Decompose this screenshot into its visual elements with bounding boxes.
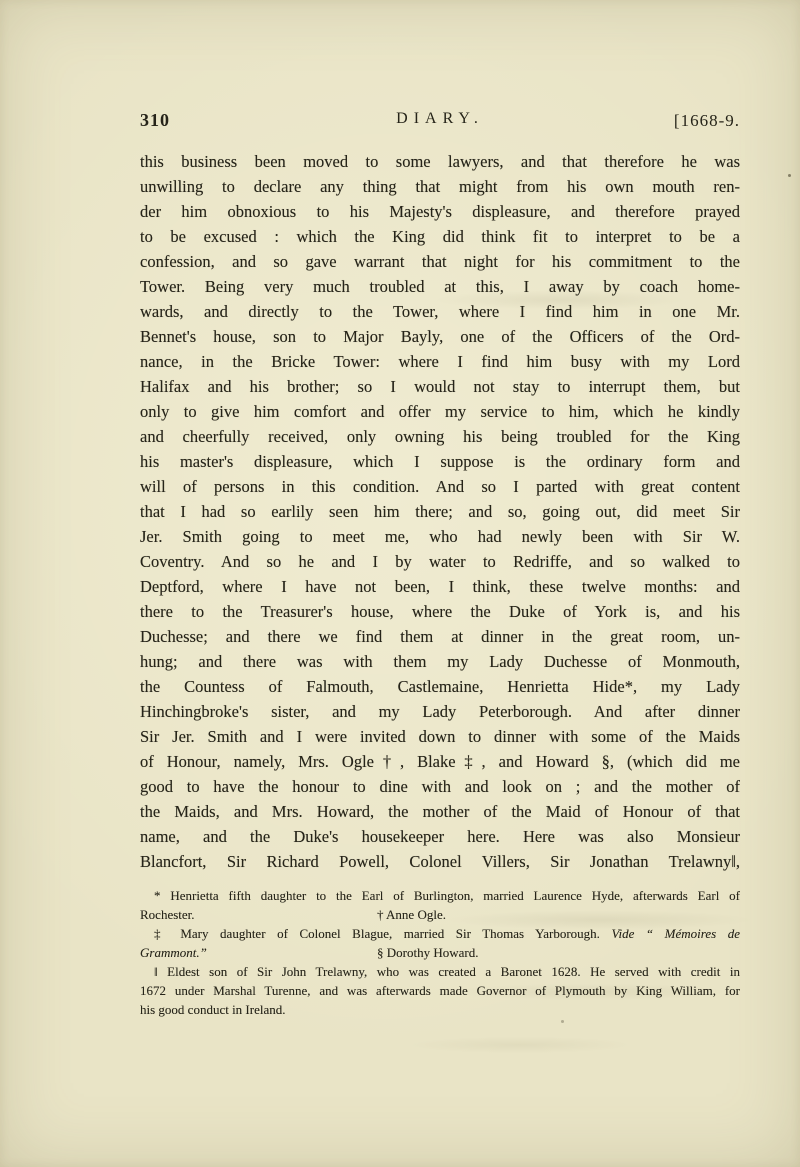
footnote-line: * Henrietta fifth daughter to the Earl o… — [140, 886, 740, 905]
running-title: DIARY. — [140, 110, 740, 128]
text-line: Coventry. And so he and I by water to Re… — [140, 549, 740, 574]
text-line: will of persons in this condition. And s… — [140, 474, 740, 499]
text-line: name, and the Duke's housekeeper here. H… — [140, 824, 740, 849]
text-line: only to give him comfort and offer my se… — [140, 399, 740, 424]
text-line: there to the Treasurer's house, where th… — [140, 599, 740, 624]
footnote-line: his good conduct in Ireland. — [140, 1000, 740, 1019]
text-line: nance, in the Bricke Tower: where I find… — [140, 349, 740, 374]
footnote-line: Grammont.”§ Dorothy Howard. — [140, 943, 740, 962]
footnote-center-text: † Anne Ogle. — [377, 905, 446, 924]
footnote-italic-text: Vide “ Mémoires de — [611, 926, 740, 941]
footnote-line: ‡ Mary daughter of Colonel Blague, marri… — [140, 924, 740, 943]
footnote-text: his good conduct in Ireland. — [140, 1002, 286, 1017]
text-line: wards, and directly to the Tower, where … — [140, 299, 740, 324]
diary-text: this business been moved to some lawyers… — [140, 149, 740, 874]
footnote-left-text: Grammont.” — [140, 945, 207, 960]
text-line: that I had so earlily seen him there; an… — [140, 499, 740, 524]
book-page: 310 DIARY. [1668-9. this business been m… — [0, 0, 800, 1167]
footnote-text: * Henrietta fifth daughter to the Earl o… — [154, 888, 740, 903]
footnote-center-text: § Dorothy Howard. — [377, 943, 478, 962]
text-line: and cheerfully received, only owning his… — [140, 424, 740, 449]
text-line: unwilling to declare any thing that migh… — [140, 174, 740, 199]
text-line: his master's displeasure, which I suppos… — [140, 449, 740, 474]
text-line: the Countess of Falmouth, Castlemaine, H… — [140, 674, 740, 699]
footnote-line: ‖ Eldest son of Sir John Trelawny, who w… — [140, 962, 740, 981]
text-line: Bennet's house, son to Major Bayly, one … — [140, 324, 740, 349]
text-line: hung; and there was with them my Lady Du… — [140, 649, 740, 674]
text-line: Halifax and his brother; so I would not … — [140, 374, 740, 399]
text-line: this business been moved to some lawyers… — [140, 149, 740, 174]
ink-speck — [788, 174, 791, 177]
text-line: confession, and so gave warrant that nig… — [140, 249, 740, 274]
footnote-left-text: Rochester. — [140, 907, 195, 922]
text-line: to be excused : which the King did think… — [140, 224, 740, 249]
footnote-line: Rochester.† Anne Ogle. — [140, 905, 740, 924]
text-line: Tower. Being very much troubled at this,… — [140, 274, 740, 299]
text-line: Sir Jer. Smith and I were invited down t… — [140, 724, 740, 749]
footnote-text: ‖ Eldest son of Sir John Trelawny, who w… — [154, 964, 740, 979]
text-line: Duchesse; and there we find them at dinn… — [140, 624, 740, 649]
ink-speck — [561, 1020, 564, 1023]
text-line: der him obnoxious to his Majesty's displ… — [140, 199, 740, 224]
text-line: the Maids, and Mrs. Howard, the mother o… — [140, 799, 740, 824]
text-line: of Honour, namely, Mrs. Ogle†, Blake‡, a… — [140, 749, 740, 774]
footnote-text: 1672 under Marshal Turenne, and was afte… — [140, 983, 740, 998]
text-line: Blancfort, Sir Richard Powell, Colonel V… — [140, 849, 740, 874]
text-line: Hinchingbroke's sister, and my Lady Pete… — [140, 699, 740, 724]
footnote-line: 1672 under Marshal Turenne, and was afte… — [140, 981, 740, 1000]
text-line: Deptford, where I have not been, I think… — [140, 574, 740, 599]
text-line: Jer. Smith going to meet me, who had new… — [140, 524, 740, 549]
text-line: good to have the honour to dine with and… — [140, 774, 740, 799]
page-header: 310 DIARY. [1668-9. — [140, 110, 740, 134]
footnote-text: ‡ Mary daughter of Colonel Blague, marri… — [154, 926, 611, 941]
footnotes: * Henrietta fifth daughter to the Earl o… — [140, 886, 740, 1019]
